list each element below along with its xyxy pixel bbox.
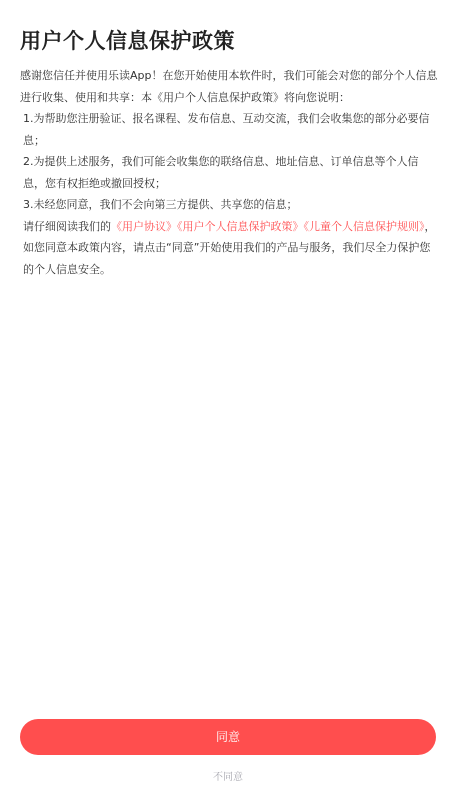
policy-item-1: 1.为帮助您注册验证、报名课程、发布信息、互动交流，我们会收集您的部分必要信息； <box>20 108 440 151</box>
user-agreement-link[interactable]: 《用户协议》 <box>111 220 177 233</box>
disagree-button[interactable]: 不同意 <box>0 768 456 788</box>
closing-prefix: 请仔细阅读我们的 <box>23 220 111 233</box>
agree-button[interactable]: 同意 <box>20 719 436 755</box>
page-title: 用户个人信息保护政策 <box>20 26 235 56</box>
policy-content: 感谢您信任并使用乐读App！在您开始使用本软件时，我们可能会对您的部分个人信息进… <box>20 65 440 280</box>
children-privacy-rules-link[interactable]: 《儿童个人信息保护规则》 <box>304 220 425 233</box>
policy-item-2: 2.为提供上述服务，我们可能会收集您的联络信息、地址信息、订单信息等个人信息，您… <box>20 151 440 194</box>
privacy-policy-link[interactable]: 《用户个人信息保护政策》 <box>177 220 304 233</box>
intro-paragraph: 感谢您信任并使用乐读App！在您开始使用本软件时，我们可能会对您的部分个人信息进… <box>20 65 440 108</box>
policy-item-3: 3.未经您同意，我们不会向第三方提供、共享您的信息； <box>20 194 440 216</box>
closing-paragraph: 请仔细阅读我们的《用户协议》《用户个人信息保护政策》《儿童个人信息保护规则》，如… <box>20 216 440 281</box>
